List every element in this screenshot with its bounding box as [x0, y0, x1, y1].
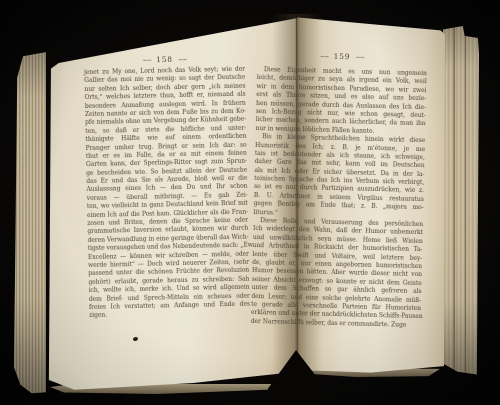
right-fore-edge-pages: [443, 26, 479, 378]
book-photograph: ∼∼158∼∼ ∼∼159∼∼ jenet zu My one, Lord no…: [0, 0, 500, 405]
left-page-text: jenet zu My one, Lord noch das Volk seyt…: [84, 66, 250, 321]
header-ornament: ∼∼: [355, 53, 364, 61]
right-page-text: Diese Eigenheit macht es uns nun ungemei…: [251, 66, 427, 330]
header-ornament: ∼∼: [142, 56, 151, 64]
right-page-number: 159: [334, 52, 351, 61]
header-ornament: ∼∼: [320, 53, 329, 61]
header-ornament: ∼∼: [178, 56, 187, 64]
left-page-number: 158: [156, 55, 173, 64]
left-fore-edge-pages: [14, 50, 46, 395]
